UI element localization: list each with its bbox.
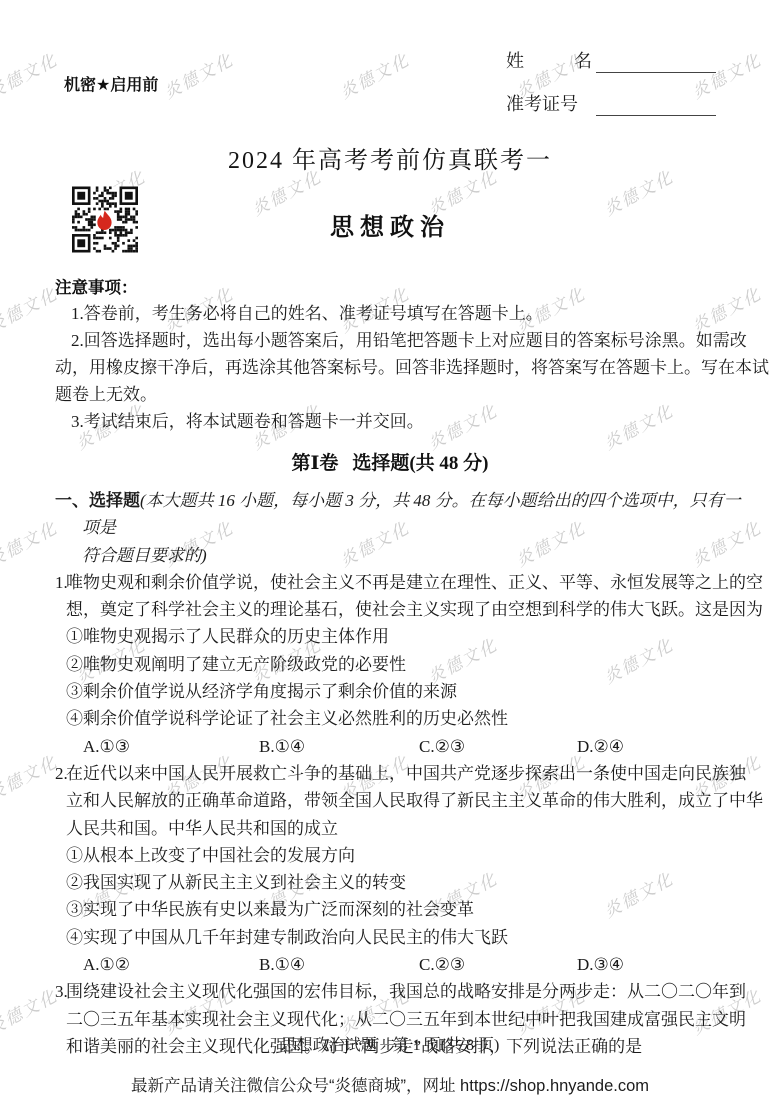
confidential-label: 机密★启用前: [64, 72, 158, 95]
notice-list: 1.答卷前，考生务必将自己的姓名、准考证号填写在答题卡上。 2.回答选择题时，选…: [55, 300, 730, 435]
answer-option-c: C.②③: [419, 733, 577, 760]
stem-text: 在近代以来中国人民开展救亡斗争的基础上，中国共产党逐步探索出一条使中国走向民族独: [66, 764, 746, 783]
answer-option-d: D.③④: [577, 951, 624, 978]
notice-heading: 注意事项：: [55, 274, 138, 298]
notice-line: 2.回答选择题时，选出每小题答案后，用铅笔把答题卡上对应题目的答案标号涂黑。如需…: [55, 327, 730, 354]
page-root: 炎德文化炎德文化炎德文化炎德文化炎德文化炎德文化炎德文化炎德文化炎德文化炎德文化…: [0, 0, 780, 1098]
section-instruction: 一、选择题(本大题共 16 小题，每小题 3 分，共 48 分。在每小题给出的四…: [55, 487, 742, 569]
answer-option-a: A.①③: [83, 733, 259, 760]
stem-text: 唯物史观和剩余价值学说，使社会主义不再是建立在理性、正义、平等、永恒发展等之上的…: [66, 573, 763, 592]
admission-underline: [596, 92, 716, 116]
option-line: ④实现了中国从几千年封建专制政治向人民民主的伟大飞跃: [55, 924, 742, 951]
question-stem-line: 人民共和国。中华人民共和国的成立: [55, 815, 742, 842]
name-underline: [596, 49, 716, 73]
page-content: 机密★启用前 姓名 准考证号 2024 年高考考前仿真联考一 思想政治 注意事项…: [0, 0, 780, 1098]
candidate-name-field: 姓名: [506, 50, 716, 73]
answer-option-a: A.①②: [83, 951, 259, 978]
notice-line: 3.考试结束后，将本试题卷和答题卡一并交回。: [55, 408, 730, 435]
instruction-line: 符合题目要求的): [82, 542, 742, 569]
instruction-text: (本大题共 16 小题，每小题 3 分，共 48 分。在每小题给出的四个选项中，…: [82, 491, 741, 537]
question-number: 2.: [55, 760, 66, 787]
part1-heading: 第Ⅰ卷选择题(共 48 分): [0, 450, 780, 477]
promo-footer: 最新产品请关注微信公众号“炎德商城”，网址 https://shop.hnyan…: [0, 1072, 780, 1096]
notice-line: 1.答卷前，考生务必将自己的姓名、准考证号填写在答题卡上。: [55, 300, 730, 327]
answer-option-b: B.①④: [259, 733, 419, 760]
option-line: ③剩余价值学说从经济学角度揭示了剩余价值的来源: [55, 678, 742, 705]
part1-volume: 第Ⅰ卷: [291, 453, 338, 474]
question-stem-line: 想，奠定了科学社会主义的理论基石，使社会主义实现了由空想到科学的伟大飞跃。这是因…: [55, 596, 742, 623]
option-line: ①唯物史观揭示了人民群众的历史主体作用: [55, 623, 742, 650]
notice-line: 题卷上无效。: [55, 381, 730, 408]
option-line: ③实现了中华民族有史以来最为广泛而深刻的社会变革: [55, 896, 742, 923]
option-line: ④剩余价值学说科学论证了社会主义必然胜利的历史必然性: [55, 705, 742, 732]
question-area: 一、选择题(本大题共 16 小题，每小题 3 分，共 48 分。在每小题给出的四…: [55, 487, 742, 1060]
question-2: 2.在近代以来中国人民开展救亡斗争的基础上，中国共产党逐步探索出一条使中国走向民…: [55, 760, 742, 978]
question-stem-line: 2.在近代以来中国人民开展救亡斗争的基础上，中国共产党逐步探索出一条使中国走向民…: [55, 760, 742, 787]
notice-line: 动，用橡皮擦干净后，再选涂其他答案标号。回答非选择题时，将答案写在答题卡上。写在…: [55, 354, 730, 381]
subject-title: 思想政治: [0, 207, 780, 242]
option-line: ②唯物史观阐明了建立无产阶级政党的必要性: [55, 651, 742, 678]
question-1: 1.唯物史观和剩余价值学说，使社会主义不再是建立在理性、正义、平等、永恒发展等之…: [55, 569, 742, 760]
question-number: 3.: [55, 978, 66, 1005]
page-footer: 思想政治试题 第 1 页(共 8 页): [0, 1032, 780, 1055]
option-line: ②我国实现了从新民主主义到社会主义的转变: [55, 869, 742, 896]
stem-text: 围绕建设社会主义现代化强国的宏伟目标，我国总的战略安排是分两步走：从二〇二〇年到: [66, 982, 746, 1001]
question-stem-line: 3.围绕建设社会主义现代化强国的宏伟目标，我国总的战略安排是分两步走：从二〇二〇…: [55, 978, 742, 1005]
question-stem-line: 立和人民解放的正确革命道路，带领全国人民取得了新民主主义革命的伟大胜利，成立了中…: [55, 787, 742, 814]
question-stem-line: 二〇三五年基本实现社会主义现代化；从二〇三五年到本世纪中叶把我国建成富强民主文明: [55, 1006, 742, 1033]
instruction-line: 一、选择题(本大题共 16 小题，每小题 3 分，共 48 分。在每小题给出的四…: [82, 487, 742, 542]
name-label-char: 姓: [506, 47, 524, 73]
answer-row: A.①③ B.①④ C.②③ D.②④: [55, 733, 742, 760]
part1-section: 选择题(共 48 分): [352, 453, 488, 474]
question-stem-line: 1.唯物史观和剩余价值学说，使社会主义不再是建立在理性、正义、平等、永恒发展等之…: [55, 569, 742, 596]
admission-label: 准考证号: [506, 90, 592, 116]
exam-title: 2024 年高考考前仿真联考一: [0, 140, 780, 175]
instruction-prefix: 一、选择题: [55, 491, 140, 510]
answer-option-b: B.①④: [259, 951, 419, 978]
option-line: ①从根本上改变了中国社会的发展方向: [55, 842, 742, 869]
answer-row: A.①② B.①④ C.②③ D.③④: [55, 951, 742, 978]
answer-option-d: D.②④: [577, 733, 624, 760]
candidate-info: 姓名 准考证号: [506, 50, 716, 136]
name-label: 姓名: [506, 47, 592, 73]
answer-option-c: C.②③: [419, 951, 577, 978]
name-label-char: 名: [574, 47, 592, 73]
admission-number-field: 准考证号: [506, 93, 716, 116]
question-number: 1.: [55, 569, 66, 596]
